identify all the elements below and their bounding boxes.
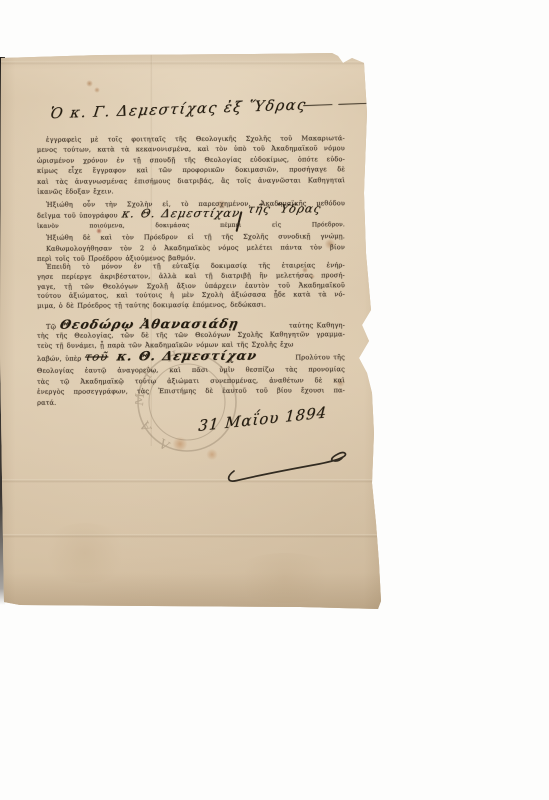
foxing-stain [94,87,100,93]
handwritten-addressee: Ὁ κ. Γ. Δεμεστίχας ἐξ Ὕδρας ——— [49,96,351,123]
handwritten-name-insert-2: κ. Θ. Δεμεστίχαν [116,351,258,362]
printed-line: καὶ τὰς ἀναγνωσμένας ἐπισήμους διατριβάς… [37,175,345,187]
printed-paragraph-5: Ἐπειδὴ τὸ μόνον ἐν τῇ εὐταξίᾳ δοκιμασίᾳ … [37,261,345,312]
fold-crease [0,534,383,538]
paper-discoloration [40,523,130,583]
printed-line: ἐνεργὸς προσεγγράφων, τὰς Ἐπιστήμης δὲ ἑ… [37,385,345,397]
printed-line: τὴς τῆς Θεολογίας, τῶν δὲ τῆς τῶν Θεολόγ… [37,329,345,341]
printed-fragment: δεῖγμα τοῦ ὑπογράφου [37,210,118,221]
printed-line: ἱκανῶς ἔδοξαν ἔχειν. [37,185,345,197]
printed-line: Καθωμολογήθησαν τὸν 2 ὁ Ἀκαδημαϊκὸς νόμο… [37,242,345,254]
printed-fragment: Προλύτου τῆς [295,352,345,363]
signature-flourish [222,445,356,487]
handwritten-recipient-name: Θεοδώρῳ Ἀθανασιάδῃ [59,319,240,330]
foxing-stain [86,80,93,87]
handwritten-dash: ——— [300,94,408,114]
scan-canvas: Λ Α Μ Π Η Ὁ κ. Γ. Δεμεστίχας ἐξ Ὕδρας ——… [0,0,549,800]
printed-fragment: λαβών, ὑπὲρ [37,354,81,365]
printed-paragraph-1: ἐγγραφεὶς μὲ τοῖς φοιτηταῖς τῆς Θεολογικ… [37,133,345,197]
handwritten-struck-word: τοῦ [84,351,109,362]
paper-discoloration [230,553,340,603]
printed-paragraph-6-tail: Θεολογίας ἑαυτῷ ἀναγορεύω, καὶ πᾶσι ὑμῖν… [37,364,345,408]
addressee-name: Ὁ κ. Γ. Δεμεστίχας ἐξ Ὕδρας [49,97,308,122]
aged-paper-sheet: Λ Α Μ Π Η Ὁ κ. Γ. Δεμεστίχας ἐξ Ὕδρας ——… [0,53,383,612]
printed-line-with-correction: λαβών, ὑπὲρ τοῦ κ. Θ. Δεμεστίχαν Προλύτο… [37,350,345,364]
fold-crease [0,61,383,65]
printed-line: μιμα, ὁ δὲ Πρόεδρος τῇ ταύτης δοκιμασίᾳ … [37,300,345,311]
printed-line-with-insert: δεῖγμα τοῦ ὑπογράφου κ. Θ. Δεμεστίχαν τῆ… [37,207,345,221]
handwritten-place-insert: τῆς Ὕδρας [247,203,322,214]
handwritten-name-insert: κ. Θ. Δεμεστίχαν [121,208,241,219]
